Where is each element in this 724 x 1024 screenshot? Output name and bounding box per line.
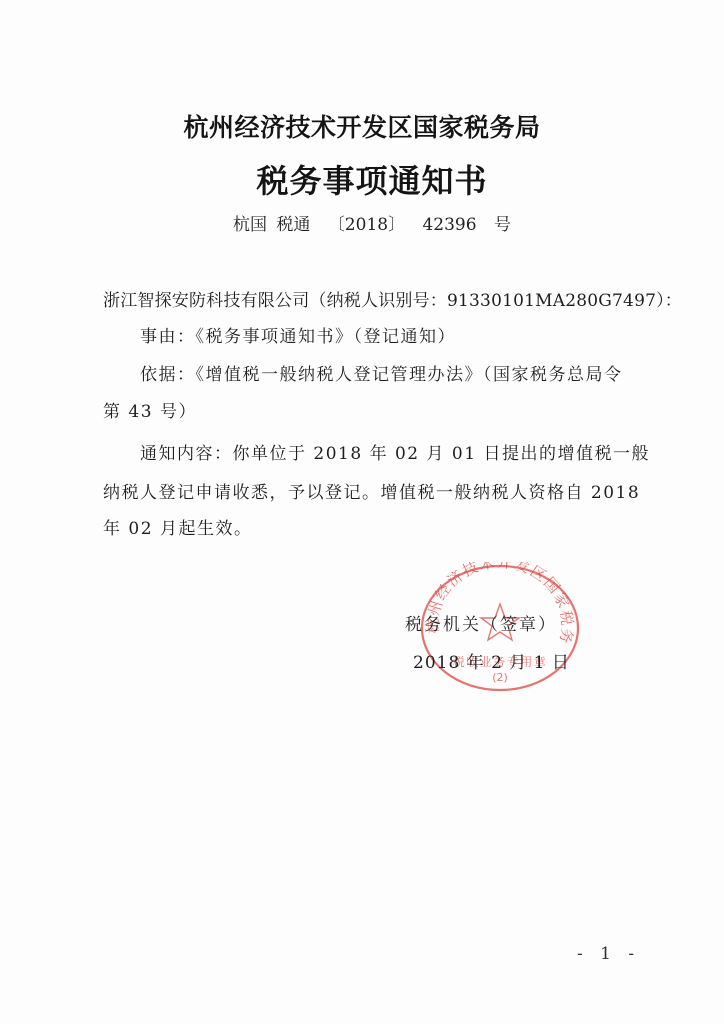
signing-date: 2018 年 2 月 1 日 bbox=[413, 648, 570, 673]
basis-line-1: 依据：《增值税一般纳税人登记管理办法》（国家税务总局令 bbox=[140, 360, 623, 385]
doc-number-year: 〔2018〕 bbox=[328, 215, 405, 235]
doc-number-prefix: 杭国 税通 bbox=[233, 215, 310, 235]
issuing-organization: 杭州经济技术开发区国家税务局 bbox=[0, 108, 724, 144]
subject-line: 事由：《税务事项通知书》（登记通知） bbox=[140, 322, 456, 347]
content-line-3: 年 02 月起生效。 bbox=[103, 514, 252, 539]
document-number: 杭国 税通 〔2018〕 42396 号 bbox=[0, 210, 724, 235]
addressee: 浙江智探安防科技有限公司（纳税人识别号：91330101MA280G7497）： bbox=[103, 286, 682, 311]
signing-authority: 税务机关（签章） bbox=[405, 610, 557, 635]
doc-number-value: 42396 bbox=[422, 215, 476, 235]
page-number: - 1 - bbox=[577, 944, 640, 964]
content-line-1: 通知内容：你单位于 2018 年 02 月 01 日提出的增值税一般 bbox=[140, 439, 650, 464]
doc-number-suffix: 号 bbox=[494, 215, 511, 235]
content-line-2: 纳税人登记申请收悉，予以登记。增值税一般纳税人资格自 2018 bbox=[103, 478, 640, 503]
document-page: 杭州经济技术开发区国家税务局 税务事项通知书 杭国 税通 〔2018〕 4239… bbox=[0, 0, 724, 1024]
document-title: 税务事项通知书 bbox=[0, 156, 724, 202]
basis-line-2: 第 43 号） bbox=[103, 397, 197, 422]
